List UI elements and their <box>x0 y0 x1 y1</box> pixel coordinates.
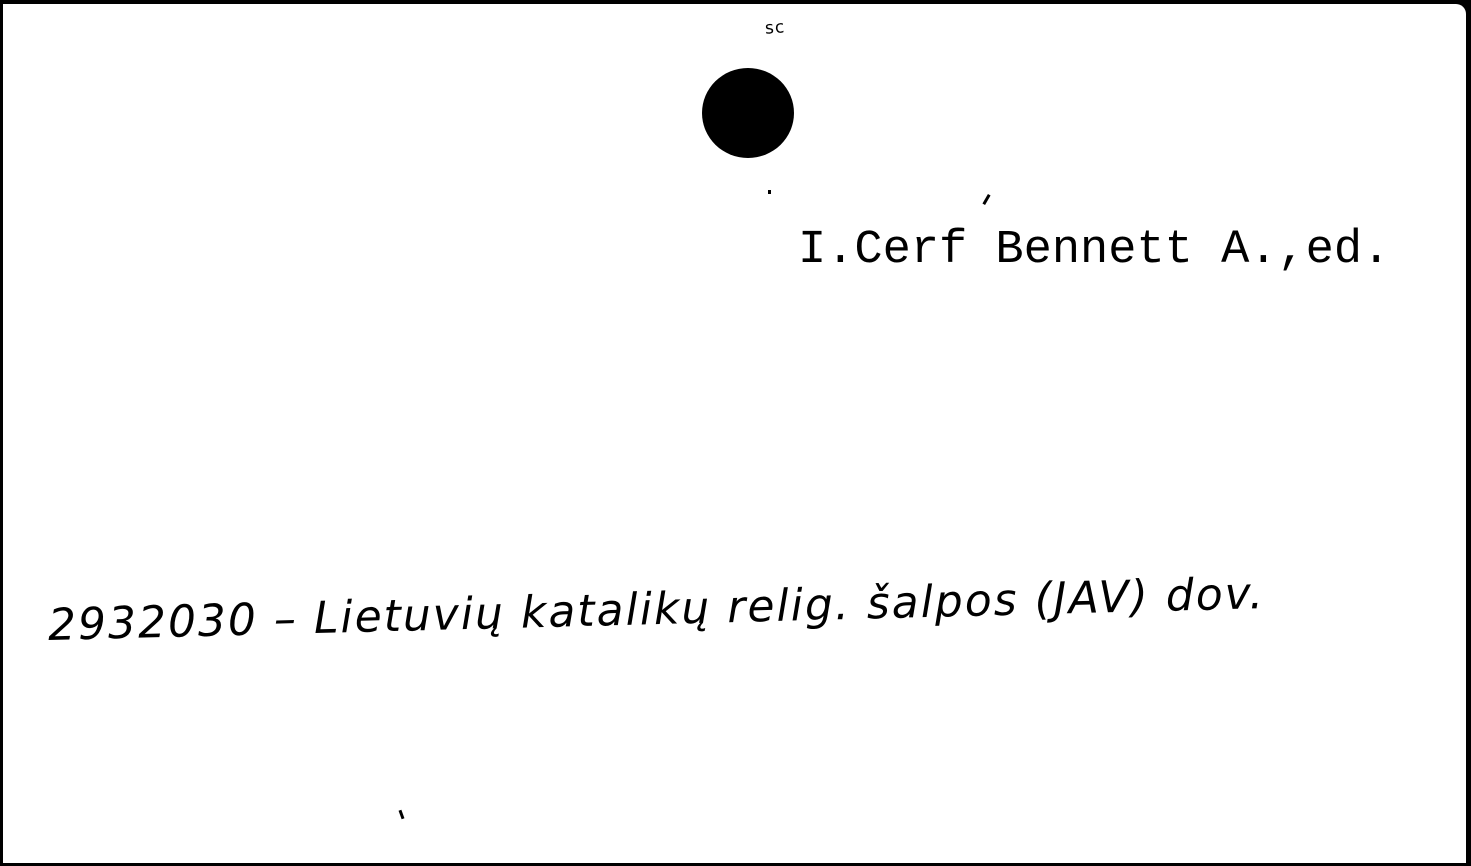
catalog-card: sc I.Cerf Bennett A.,ed. 2932030 – Lietu… <box>3 4 1466 863</box>
punch-hole <box>702 68 794 158</box>
ink-speck <box>768 190 771 194</box>
ink-speck <box>399 810 405 819</box>
handwritten-note: 2932030 – Lietuvių katalikų relig. šalpo… <box>47 568 1265 651</box>
shelf-mark: sc <box>764 17 786 38</box>
accent-mark <box>982 194 990 205</box>
card-heading: I.Cerf Bennett A.,ed. <box>798 224 1390 277</box>
